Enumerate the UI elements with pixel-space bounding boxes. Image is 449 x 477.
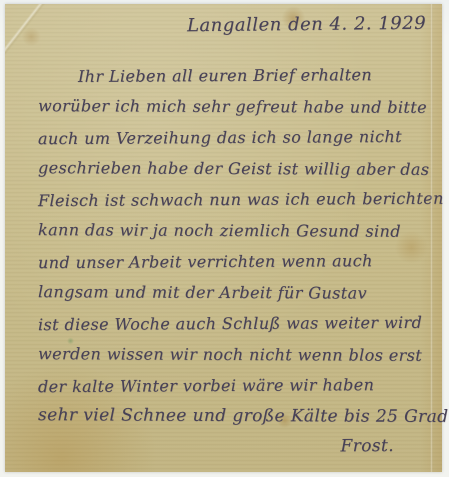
letter-line: werden wissen wir noch nicht wenn blos e… xyxy=(38,338,424,371)
letter-line: der kalte Winter vorbei wäre wir haben xyxy=(38,369,424,402)
letter-line: geschrieben habe der Geist ist willig ab… xyxy=(38,152,424,185)
letter-line: ist diese Woche auch Schluß was weiter w… xyxy=(38,307,424,340)
scanned-letter: Langallen den 4. 2. 1929 Ihr Lieben all … xyxy=(0,0,449,477)
letter-line: und unser Arbeit verrichten wenn auch xyxy=(38,245,424,278)
letter-paper: Langallen den 4. 2. 1929 Ihr Lieben all … xyxy=(5,4,442,472)
letter-line: kann das wir ja noch ziemlich Gesund sin… xyxy=(38,214,424,247)
letter-line: Fleisch ist schwach nun was ich euch ber… xyxy=(38,183,424,216)
letter-body: Ihr Lieben all euren Brief erhalten worü… xyxy=(38,60,424,463)
letter-line: auch um Verzeihung das ich so lange nich… xyxy=(38,121,424,154)
letter-closing-word: Frost. xyxy=(38,431,424,464)
letter-line: worüber ich mich sehr gefreut habe und b… xyxy=(38,90,424,123)
letter-line: Ihr Lieben all euren Brief erhalten xyxy=(38,59,424,92)
letter-dateline: Langallen den 4. 2. 1929 xyxy=(187,13,426,37)
letter-line: langsam und mit der Arbeit für Gustav xyxy=(38,276,424,309)
letter-line: sehr viel Schnee und große Kälte bis 25 … xyxy=(38,400,424,433)
